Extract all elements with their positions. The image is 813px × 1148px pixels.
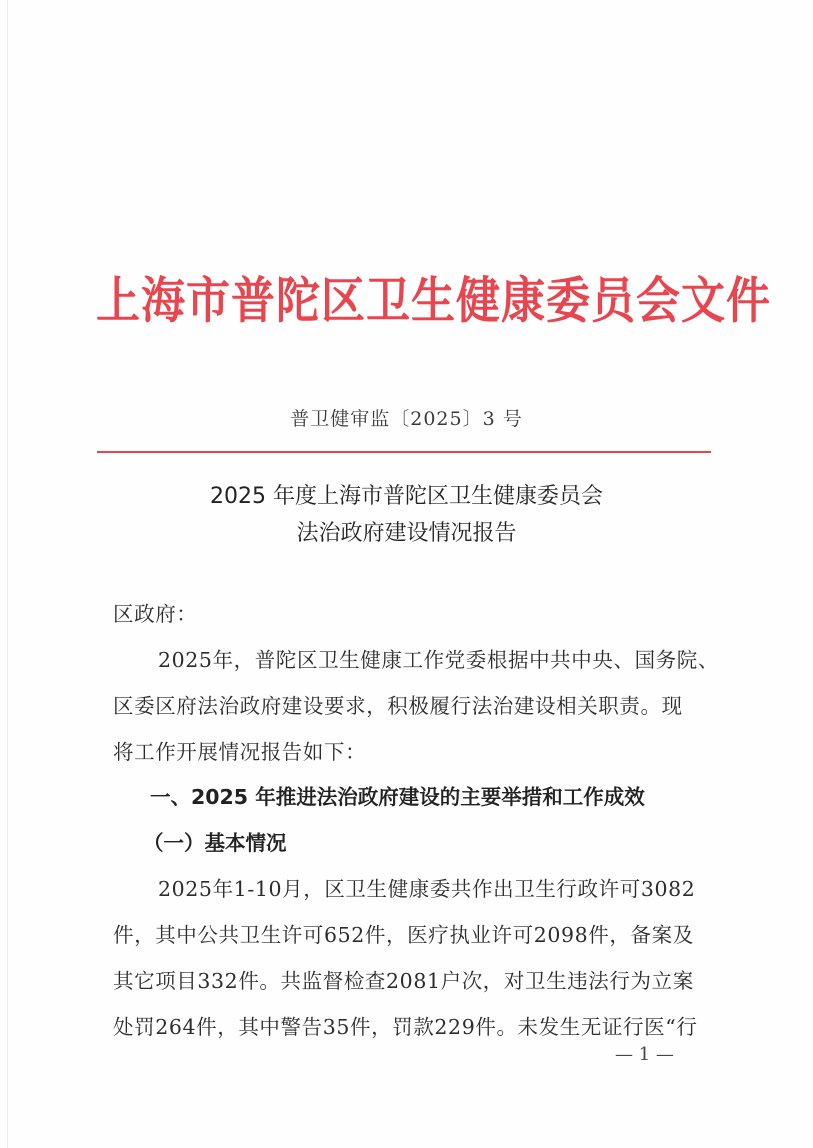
intro-line-3: 将工作开展情况报告如下： bbox=[113, 735, 713, 765]
subsection-heading: （一）基本情况 bbox=[143, 826, 287, 856]
section-heading: 一、2025 年推进法治政府建设的主要举措和工作成效 bbox=[150, 780, 645, 810]
report-title-line-2: 法治政府建设情况报告 bbox=[0, 516, 813, 547]
page-edge-divider bbox=[7, 0, 8, 1148]
report-title-line-1: 2025 年度上海市普陀区卫生健康委员会 bbox=[0, 479, 813, 510]
salutation: 区政府： bbox=[113, 597, 713, 627]
basic-line-1: 2025年1-10月，区卫生健康委共作出卫生行政许可3082 bbox=[158, 872, 758, 902]
intro-line-1: 2025年，普陀区卫生健康工作党委根据中共中央、国务院、 bbox=[158, 643, 758, 673]
basic-line-2: 件，其中公共卫生许可652件，医疗执业许可2098件，备案及 bbox=[113, 918, 713, 948]
page-number: — 1 — bbox=[615, 1044, 674, 1065]
intro-line-2: 区委区府法治政府建设要求，积极履行法治建设相关职责。现 bbox=[113, 689, 713, 719]
basic-line-4: 处罚264件，其中警告35件，罚款229件。未发生无证行医“行 bbox=[113, 1010, 713, 1040]
letterhead-title: 上海市普陀区卫生健康委员会文件 bbox=[96, 266, 716, 338]
document-page: 上海市普陀区卫生健康委员会文件 普卫健审监〔2025〕3 号 2025 年度上海… bbox=[0, 0, 813, 1148]
red-divider-rule bbox=[97, 451, 711, 453]
document-number: 普卫健审监〔2025〕3 号 bbox=[0, 404, 813, 431]
basic-line-3: 其它项目332件。共监督检查2081户次，对卫生违法行为立案 bbox=[113, 964, 713, 994]
